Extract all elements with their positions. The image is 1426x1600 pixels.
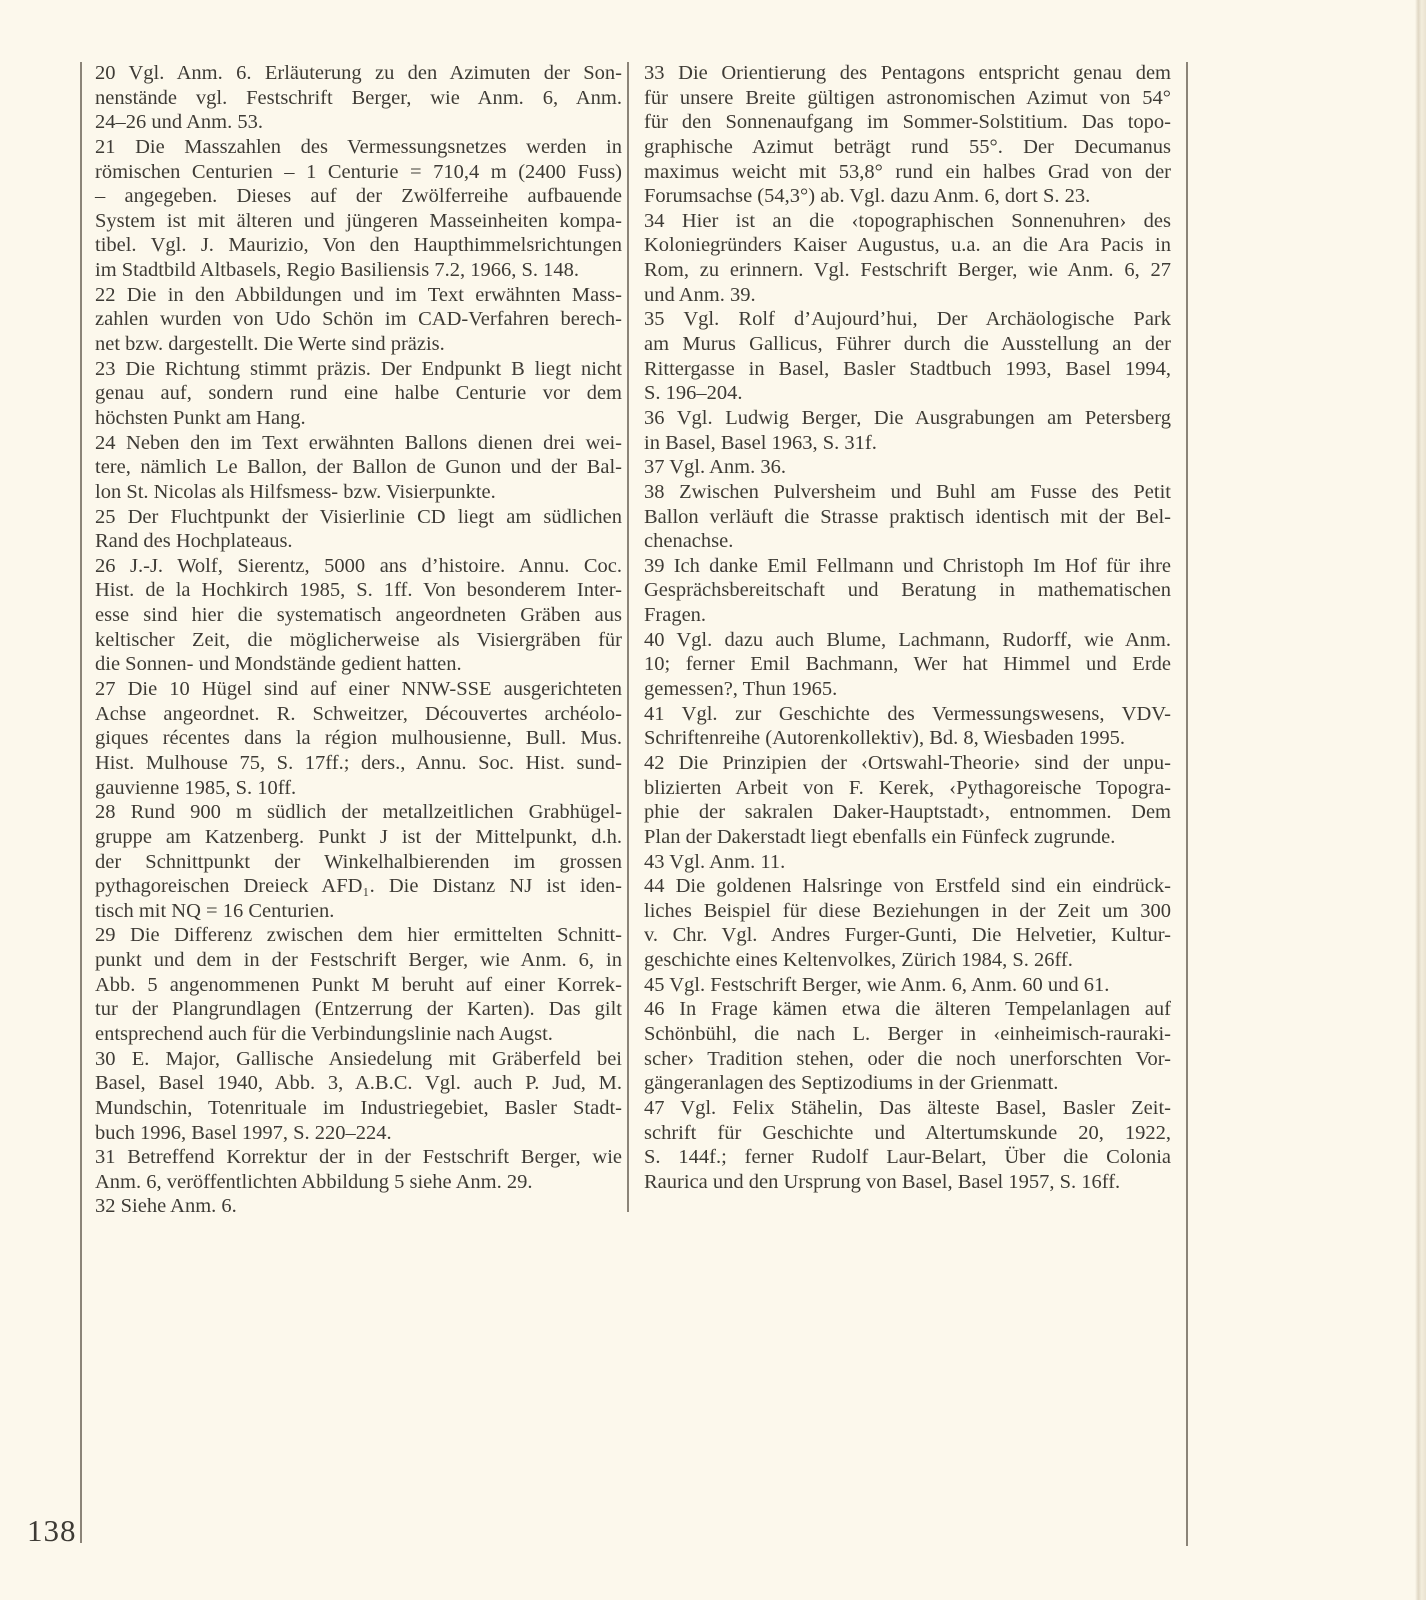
- footnote-line: gruppe am Katzenberg. Punkt J ist der Mi…: [95, 825, 622, 850]
- footnote-line: blizierten Arbeit von F. Kerek, ‹Pythago…: [644, 776, 1171, 801]
- footnote-line: maximus weicht mit 53,8° rund ein halbes…: [644, 160, 1171, 185]
- footnote-line: genau auf, sondern rund eine halbe Centu…: [95, 381, 622, 406]
- footnote-line: Schönbühl, die nach L. Berger in ‹einhei…: [644, 1022, 1171, 1047]
- footnote-35: 35 Vgl. Rolf d’Aujourd’hui, Der Archäolo…: [644, 307, 1171, 406]
- footnote-line: phie der sakralen Daker-Hauptstadt›, ent…: [644, 800, 1171, 825]
- footnote-22: 22 Die in den Abbildungen und im Text er…: [95, 283, 622, 357]
- footnote-30: 30 E. Major, Gallische Ansiedelung mit G…: [95, 1047, 622, 1146]
- footnote-20: 20 Vgl. Anm. 6. Erläuterung zu den Azimu…: [95, 61, 622, 135]
- footnote-38: 38 Zwischen Pulversheim und Buhl am Fuss…: [644, 480, 1171, 554]
- footnote-line: 46 In Frage kämen etwa die älteren Tempe…: [644, 997, 1171, 1022]
- footnote-45: 45 Vgl. Festschrift Berger, wie Anm. 6, …: [644, 973, 1171, 998]
- footnote-line: Rand des Hochplateaus.: [95, 529, 622, 554]
- footnote-27: 27 Die 10 Hügel sind auf einer NNW-SSE a…: [95, 677, 622, 800]
- footnote-line: geschichte eines Keltenvolkes, Zürich 19…: [644, 948, 1171, 973]
- footnote-line: Raurica und den Ursprung von Basel, Base…: [644, 1170, 1171, 1195]
- footnote-line: 23 Die Richtung stimmt präzis. Der Endpu…: [95, 357, 622, 382]
- footnote-line: 41 Vgl. zur Geschichte des Vermessungswe…: [644, 702, 1171, 727]
- footnote-line: buch 1996, Basel 1997, S. 220–224.: [95, 1121, 622, 1146]
- footnote-line: 22 Die in den Abbildungen und im Text er…: [95, 283, 622, 308]
- page-number: 138: [27, 1514, 77, 1547]
- footnote-line: und Anm. 39.: [644, 283, 1171, 308]
- footnote-line: 39 Ich danke Emil Fellmann und Christoph…: [644, 554, 1171, 579]
- right-column-rule: [1186, 62, 1188, 1546]
- footnote-line: Ballon verläuft die Strasse praktisch id…: [644, 505, 1171, 530]
- footnote-41: 41 Vgl. zur Geschichte des Vermessungswe…: [644, 702, 1171, 751]
- gutter-column-rule: [627, 62, 629, 1212]
- footnote-line: 33 Die Orientierung des Pentagons entspr…: [644, 61, 1171, 86]
- footnote-line: 36 Vgl. Ludwig Berger, Die Ausgrabungen …: [644, 406, 1171, 431]
- footnote-line: Anm. 6, veröffentlichten Abbildung 5 sie…: [95, 1170, 622, 1195]
- footnote-line: pythagoreischen Dreieck AFD₁. Die Distan…: [95, 874, 622, 899]
- footnote-line: 25 Der Fluchtpunkt der Visierlinie CD li…: [95, 505, 622, 530]
- footnote-line: S. 196–204.: [644, 381, 1171, 406]
- footnote-line: chenachse.: [644, 529, 1171, 554]
- footnote-42: 42 Die Prinzipien der ‹Ortswahl-Theorie›…: [644, 751, 1171, 850]
- footnote-24: 24 Neben den im Text erwähnten Ballons d…: [95, 431, 622, 505]
- footnote-line: 32 Siehe Anm. 6.: [95, 1194, 622, 1219]
- footnote-line: 21 Die Masszahlen des Vermessungsnetzes …: [95, 135, 622, 160]
- footnote-line: v. Chr. Vgl. Andres Furger-Gunti, Die He…: [644, 923, 1171, 948]
- footnote-line: gängeranlagen des Septizodiums in der Gr…: [644, 1071, 1171, 1096]
- footnote-line: keltischer Zeit, die möglicherweise als …: [95, 628, 622, 653]
- footnote-line: gemessen?, Thun 1965.: [644, 677, 1171, 702]
- footnote-line: gauvienne 1985, S. 10ff.: [95, 776, 622, 801]
- footnote-line: punkt und dem in der Festschrift Berger,…: [95, 948, 622, 973]
- footnote-line: 10; ferner Emil Bachmann, Wer hat Himmel…: [644, 652, 1171, 677]
- footnote-line: 40 Vgl. dazu auch Blume, Lachmann, Rudor…: [644, 628, 1171, 653]
- footnote-26: 26 J.-J. Wolf, Sierentz, 5000 ans d’hist…: [95, 554, 622, 677]
- footnote-line: 31 Betreffend Korrektur der in der Fests…: [95, 1145, 622, 1170]
- footnote-line: liches Beispiel für diese Beziehungen in…: [644, 899, 1171, 924]
- footnote-line: entsprechend auch für die Verbindungslin…: [95, 1022, 622, 1047]
- footnote-line: für den Sonnenaufgang im Sommer-Solstiti…: [644, 110, 1171, 135]
- footnote-line: Schriftenreihe (Autorenkollektiv), Bd. 8…: [644, 726, 1171, 751]
- footnote-line: am Murus Gallicus, Führer durch die Auss…: [644, 332, 1171, 357]
- footnote-line: Achse angeordnet. R. Schweitzer, Découve…: [95, 702, 622, 727]
- footnote-33: 33 Die Orientierung des Pentagons entspr…: [644, 61, 1171, 209]
- left-column-rule: [80, 62, 82, 1543]
- footnote-21: 21 Die Masszahlen des Vermessungsnetzes …: [95, 135, 622, 283]
- footnote-36: 36 Vgl. Ludwig Berger, Die Ausgrabungen …: [644, 406, 1171, 455]
- footnote-line: Plan der Dakerstadt liegt ebenfalls ein …: [644, 825, 1171, 850]
- footnote-31: 31 Betreffend Korrektur der in der Fests…: [95, 1145, 622, 1194]
- footnote-line: – angegeben. Dieses auf der Zwölferreihe…: [95, 184, 622, 209]
- footnote-line: esse sind hier die systematisch angeordn…: [95, 603, 622, 628]
- footnote-line: 30 E. Major, Gallische Ansiedelung mit G…: [95, 1047, 622, 1072]
- footnote-line: net bzw. dargestellt. Die Werte sind prä…: [95, 332, 622, 357]
- footnote-line: nenstände vgl. Festschrift Berger, wie A…: [95, 86, 622, 111]
- footnote-line: 44 Die goldenen Halsringe von Erstfeld s…: [644, 874, 1171, 899]
- footnote-line: 47 Vgl. Felix Stähelin, Das älteste Base…: [644, 1096, 1171, 1121]
- footnote-line: 27 Die 10 Hügel sind auf einer NNW-SSE a…: [95, 677, 622, 702]
- footnote-37: 37 Vgl. Anm. 36.: [644, 455, 1171, 480]
- footnote-line: höchsten Punkt am Hang.: [95, 406, 622, 431]
- scanned-book-page: 20 Vgl. Anm. 6. Erläuterung zu den Azimu…: [0, 0, 1426, 1600]
- footnote-39: 39 Ich danke Emil Fellmann und Christoph…: [644, 554, 1171, 628]
- footnote-line: tur der Plangrundlagen (Entzerrung der K…: [95, 997, 622, 1022]
- footnote-line: 28 Rund 900 m südlich der metallzeitlich…: [95, 800, 622, 825]
- footnote-line: graphische Azimut beträgt rund 55°. Der …: [644, 135, 1171, 160]
- footnote-line: 24–26 und Anm. 53.: [95, 110, 622, 135]
- footnote-line: scher› Tradition stehen, oder die noch u…: [644, 1047, 1171, 1072]
- footnote-line: römischen Centurien – 1 Centurie = 710,4…: [95, 160, 622, 185]
- footnote-line: tere, nämlich Le Ballon, der Ballon de G…: [95, 455, 622, 480]
- footnote-line: 38 Zwischen Pulversheim und Buhl am Fuss…: [644, 480, 1171, 505]
- scan-edge-shadow: [1415, 0, 1426, 1600]
- footnote-line: 42 Die Prinzipien der ‹Ortswahl-Theorie›…: [644, 751, 1171, 776]
- footnote-line: lon St. Nicolas als Hilfsmess- bzw. Visi…: [95, 480, 622, 505]
- footnote-line: 35 Vgl. Rolf d’Aujourd’hui, Der Archäolo…: [644, 307, 1171, 332]
- footnote-40: 40 Vgl. dazu auch Blume, Lachmann, Rudor…: [644, 628, 1171, 702]
- footnote-43: 43 Vgl. Anm. 11.: [644, 850, 1171, 875]
- footnote-line: 34 Hier ist an die ‹topographischen Sonn…: [644, 209, 1171, 234]
- footnote-23: 23 Die Richtung stimmt präzis. Der Endpu…: [95, 357, 622, 431]
- footnote-line: zahlen wurden von Udo Schön im CAD-Verfa…: [95, 307, 622, 332]
- footnote-line: 45 Vgl. Festschrift Berger, wie Anm. 6, …: [644, 973, 1171, 998]
- footnote-line: Forumsachse (54,3°) ab. Vgl. dazu Anm. 6…: [644, 184, 1171, 209]
- footnote-line: Hist. Mulhouse 75, S. 17ff.; ders., Annu…: [95, 751, 622, 776]
- footnote-line: 43 Vgl. Anm. 11.: [644, 850, 1171, 875]
- footnote-28: 28 Rund 900 m südlich der metallzeitlich…: [95, 800, 622, 923]
- footnote-line: 20 Vgl. Anm. 6. Erläuterung zu den Azimu…: [95, 61, 622, 86]
- footnote-47: 47 Vgl. Felix Stähelin, Das älteste Base…: [644, 1096, 1171, 1195]
- footnote-line: Hist. de la Hochkirch 1985, S. 1ff. Von …: [95, 578, 622, 603]
- footnote-line: Rittergasse in Basel, Basler Stadtbuch 1…: [644, 357, 1171, 382]
- footnote-line: der Schnittpunkt der Winkelhalbierenden …: [95, 850, 622, 875]
- footnote-line: in Basel, Basel 1963, S. 31f.: [644, 431, 1171, 456]
- footnote-29: 29 Die Differenz zwischen dem hier ermit…: [95, 923, 622, 1046]
- footnote-line: S. 144f.; ferner Rudolf Laur-Belart, Übe…: [644, 1145, 1171, 1170]
- footnote-line: schrift für Geschichte und Altertumskund…: [644, 1121, 1171, 1146]
- footnotes-column-right: 33 Die Orientierung des Pentagons entspr…: [644, 61, 1171, 1194]
- footnote-line: Fragen.: [644, 603, 1171, 628]
- footnote-line: 37 Vgl. Anm. 36.: [644, 455, 1171, 480]
- footnote-line: 24 Neben den im Text erwähnten Ballons d…: [95, 431, 622, 456]
- footnote-line: tisch mit NQ = 16 Centurien.: [95, 899, 622, 924]
- footnote-line: tibel. Vgl. J. Maurizio, Von den Haupthi…: [95, 233, 622, 258]
- footnote-line: 29 Die Differenz zwischen dem hier ermit…: [95, 923, 622, 948]
- footnote-line: System ist mit älteren und jüngeren Mass…: [95, 209, 622, 234]
- footnote-line: für unsere Breite gültigen astronomische…: [644, 86, 1171, 111]
- footnote-line: die Sonnen- und Mondstände gedient hatte…: [95, 652, 622, 677]
- footnote-line: Abb. 5 angenommenen Punkt M beruht auf e…: [95, 973, 622, 998]
- footnote-line: im Stadtbild Altbasels, Regio Basiliensi…: [95, 258, 622, 283]
- footnote-25: 25 Der Fluchtpunkt der Visierlinie CD li…: [95, 505, 622, 554]
- footnote-line: Rom, zu erinnern. Vgl. Festschrift Berge…: [644, 258, 1171, 283]
- footnote-44: 44 Die goldenen Halsringe von Erstfeld s…: [644, 874, 1171, 973]
- footnote-line: Gesprächsbereitschaft und Beratung in ma…: [644, 578, 1171, 603]
- footnotes-column-left: 20 Vgl. Anm. 6. Erläuterung zu den Azimu…: [95, 61, 622, 1219]
- footnote-line: Koloniegründers Kaiser Augustus, u.a. an…: [644, 233, 1171, 258]
- footnote-line: 26 J.-J. Wolf, Sierentz, 5000 ans d’hist…: [95, 554, 622, 579]
- footnote-32: 32 Siehe Anm. 6.: [95, 1194, 622, 1219]
- footnote-line: giques récentes dans la région mulhousie…: [95, 726, 622, 751]
- footnote-line: Mundschin, Totenrituale im Industriegebi…: [95, 1096, 622, 1121]
- footnote-46: 46 In Frage kämen etwa die älteren Tempe…: [644, 997, 1171, 1096]
- footnote-line: Basel, Basel 1940, Abb. 3, A.B.C. Vgl. a…: [95, 1071, 622, 1096]
- footnote-34: 34 Hier ist an die ‹topographischen Sonn…: [644, 209, 1171, 308]
